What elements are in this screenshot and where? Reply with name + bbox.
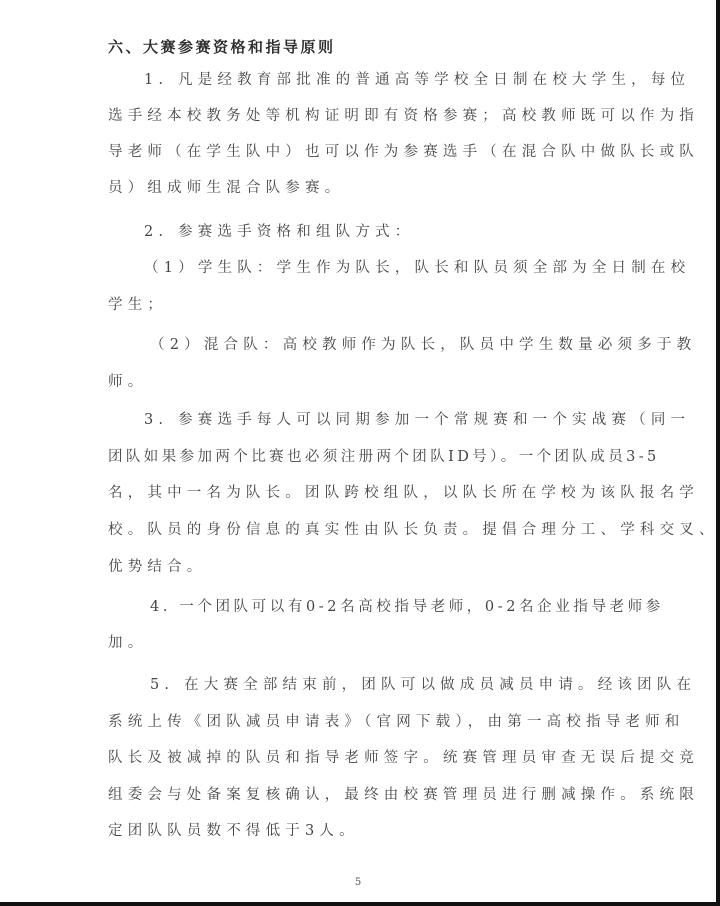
paragraph-2-1-line-2: 学生； (108, 296, 613, 314)
paragraph-4-line-1: 4. 一个团队可以有0-2名高校指导老师，0-2名企业指导老师参 (150, 598, 613, 616)
document-page: 六、大赛参赛资格和指导原则 1. 凡是经教育部批准的普通高等学校全日制在校大学生… (0, 0, 720, 906)
paragraph-2-2-line-2: 师。 (108, 373, 613, 391)
page-number: 5 (0, 877, 716, 888)
paragraph-5-line-3: 队长及被减掉的队员和指导老师签字。统赛管理员审查无误后提交竞 (108, 749, 613, 767)
paragraph-5-line-5: 定团队队员数不得低于3人。 (108, 822, 613, 840)
paragraph-3-line-3: 名，其中一名为队长。团队跨校组队，以队长所在学校为该队报名学 (108, 484, 613, 502)
paragraph-3-line-4: 校。队员的身份信息的真实性由队长负责。提倡合理分工、学科交叉、 (108, 521, 613, 539)
paragraph-2-line-1: 2. 参赛选手资格和组队方式： (144, 223, 614, 241)
paragraph-2-1-line-1: （1）学生队：学生作为队长，队长和队员须全部为全日制在校 (144, 259, 614, 277)
section-heading: 六、大赛参赛资格和指导原则 (108, 36, 336, 57)
paragraph-3-line-1: 3. 参赛选手每人可以同期参加一个常规赛和一个实战赛（同一 (144, 411, 614, 429)
paragraph-1-line-2: 选手经本校教务处等机构证明即有资格参赛；高校教师既可以作为指 (108, 107, 613, 125)
paragraph-1-line-3: 导老师（在学生队中）也可以作为参赛选手（在混合队中做队长或队 (108, 143, 613, 161)
paragraph-3-line-5: 优势结合。 (108, 558, 613, 576)
paragraph-5-line-4: 组委会与处备案复核确认，最终由校赛管理员进行删减操作。系统限 (108, 786, 613, 804)
paragraph-3-line-2: 团队如果参加两个比赛也必须注册两个团队ID号）。一个团队成员3-5 (108, 448, 613, 466)
paragraph-5-line-1: 5. 在大赛全部结束前，团队可以做成员减员申请。经该团队在 (150, 676, 613, 694)
paragraph-1-line-4: 员）组成师生混合队参赛。 (108, 179, 613, 197)
paragraph-4-line-2: 加。 (108, 634, 613, 652)
paragraph-2-2-line-1: （2）混合队：高校教师作为队长，队员中学生数量必须多于教 (150, 336, 613, 354)
paragraph-1-line-1: 1. 凡是经教育部批准的普通高等学校全日制在校大学生，每位 (144, 71, 614, 89)
paragraph-5-line-2: 系统上传《团队减员申请表》（官网下载），由第一高校指导老师和 (108, 713, 613, 731)
